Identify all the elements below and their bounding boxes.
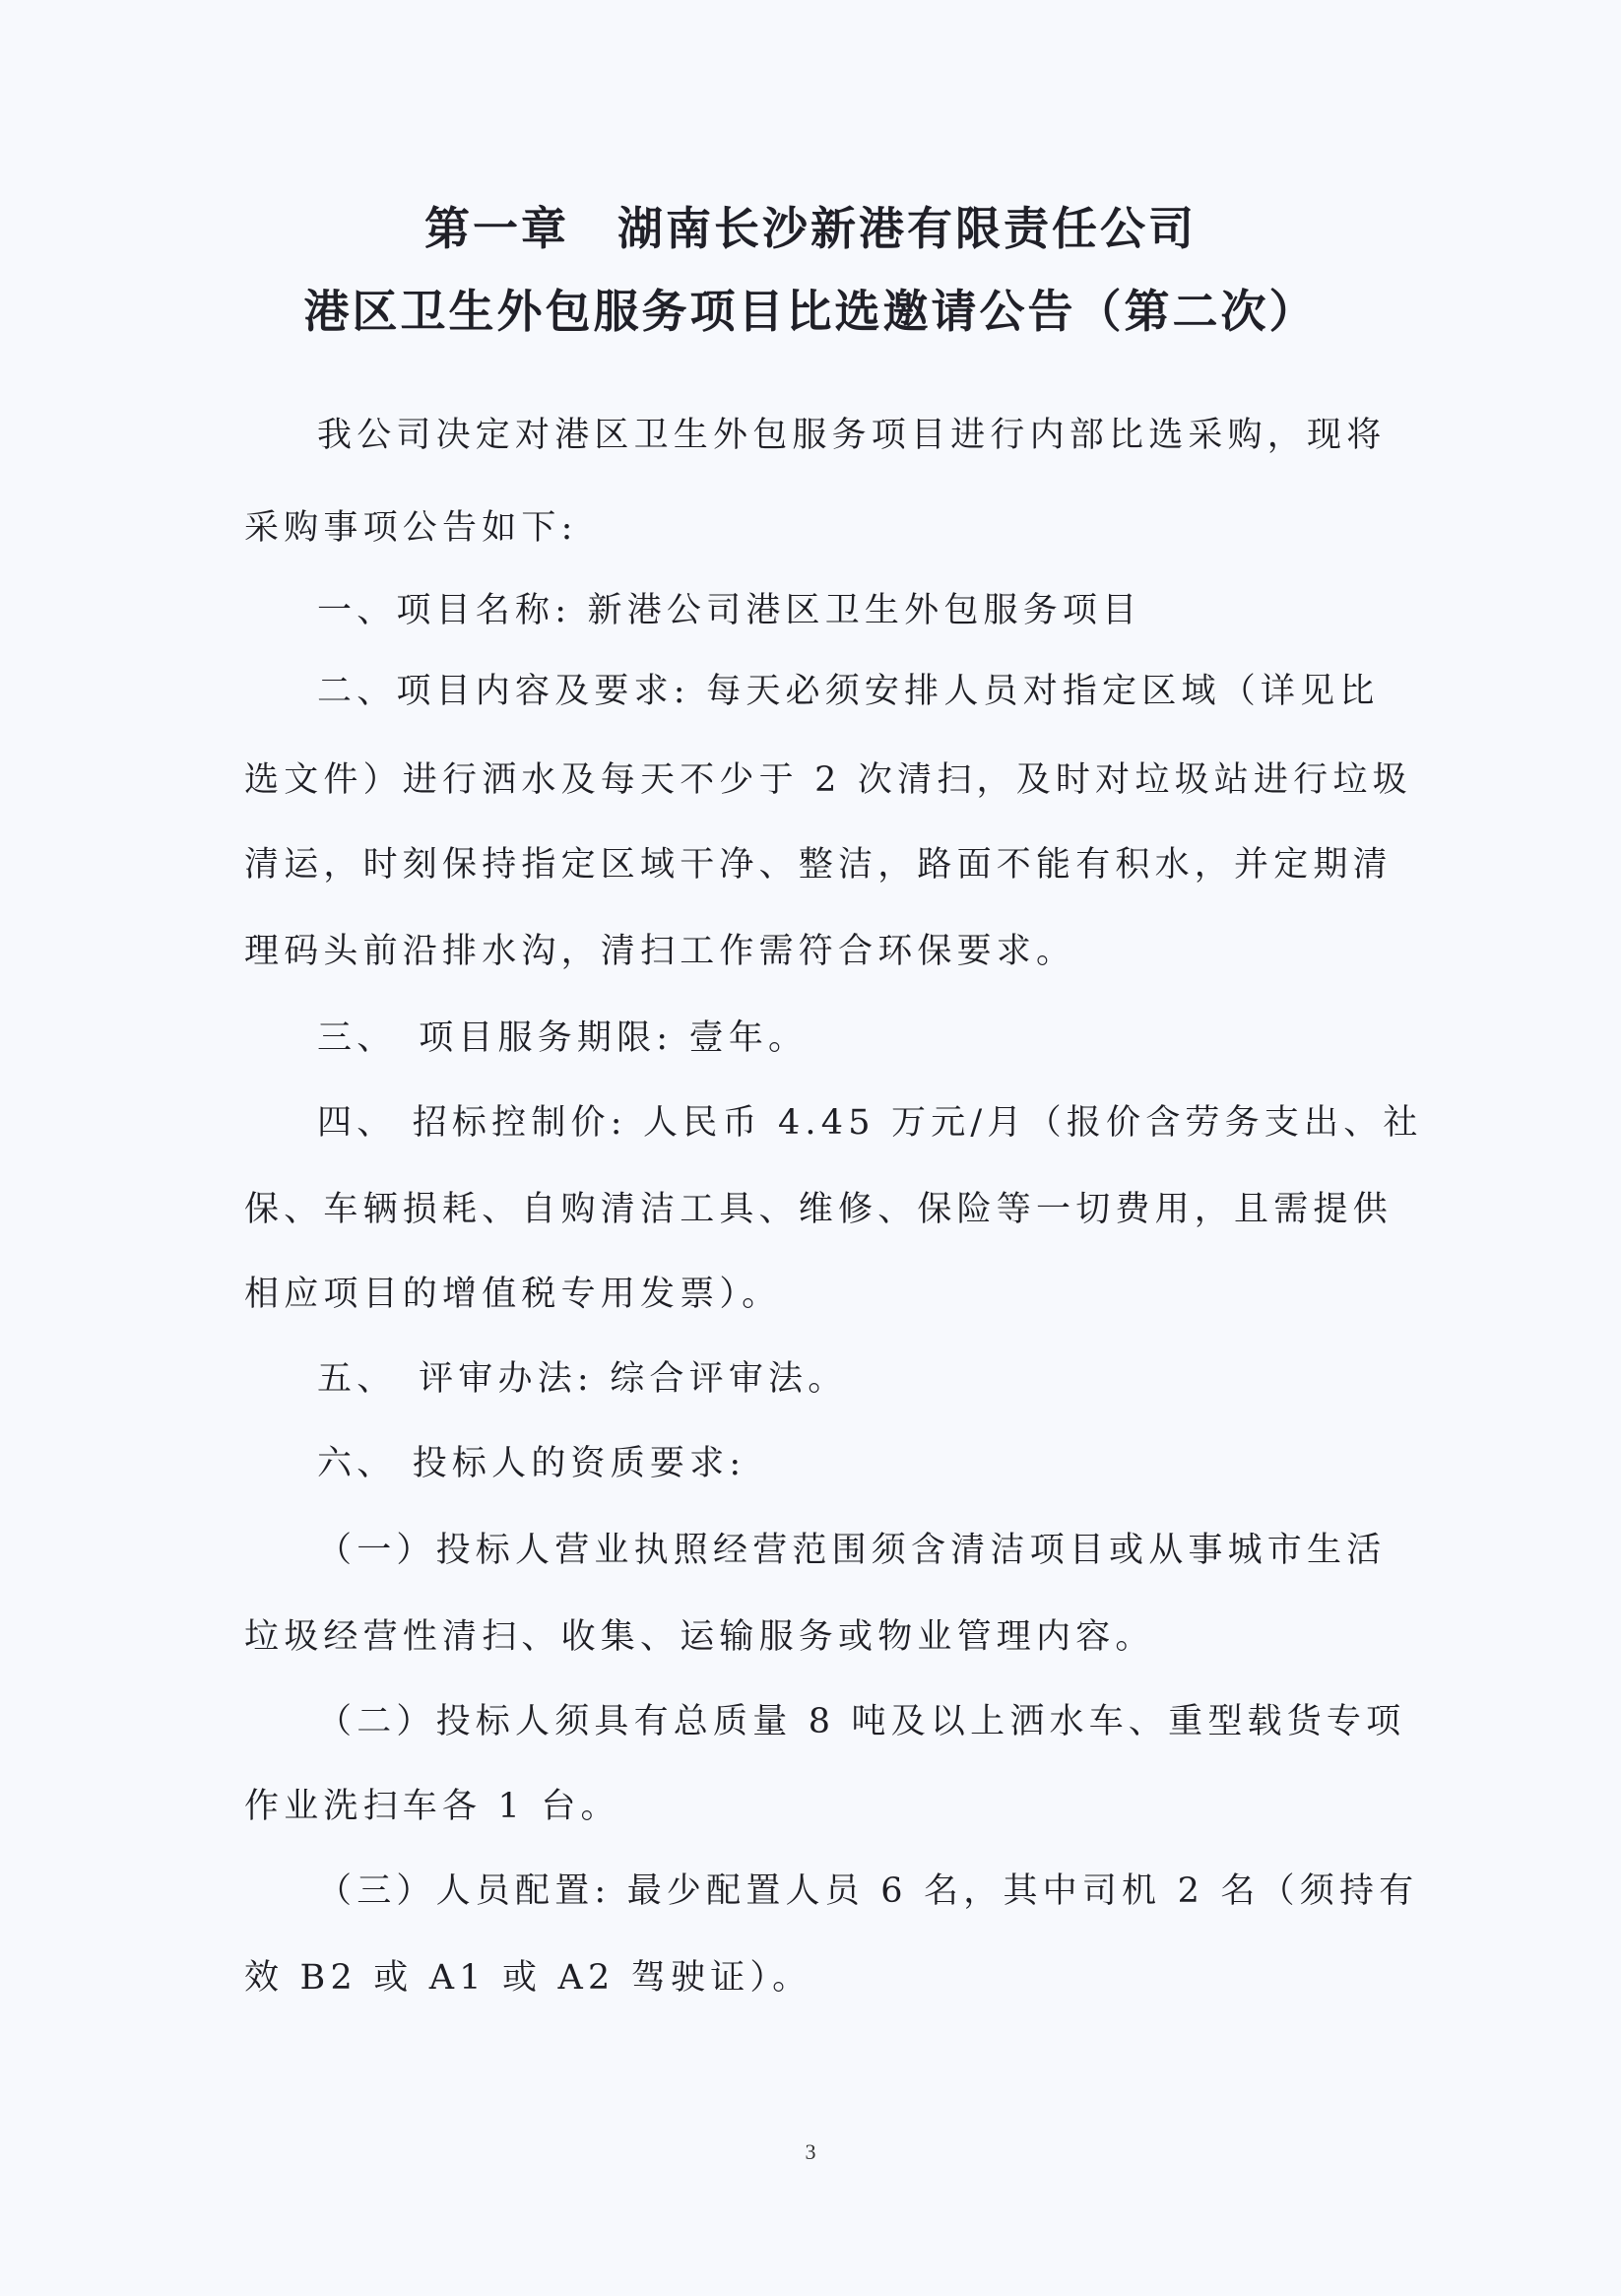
intro-paragraph-line-1: 我公司决定对港区卫生外包服务项目进行内部比选采购，现将 [317, 414, 1357, 457]
section-2-line-1: 二、项目内容及要求: 每天必须安排人员对指定区域（详见比 [317, 670, 1357, 713]
section-5-evaluation-method: 五、 评审办法: 综合评审法。 [317, 1357, 1357, 1401]
section-2-line-3: 清运，时刻保持指定区域干净、整洁，路面不能有积水，并定期清 [244, 843, 1357, 886]
requirement-2-line-1: （二）投标人须具有总质量 8 吨及以上洒水车、重型载货专项 [317, 1700, 1357, 1743]
section-2-line-2: 选文件）进行洒水及每天不少于 2 次清扫，及时对垃圾站进行垃圾 [244, 758, 1357, 802]
requirement-3-line-2: 效 B2 或 A1 或 A2 驾驶证）。 [244, 1956, 1357, 2000]
section-3-service-period: 三、 项目服务期限: 壹年。 [317, 1017, 1357, 1060]
requirement-2-line-2: 作业洗扫车各 1 台。 [244, 1785, 1357, 1828]
section-4-line-1: 四、 招标控制价: 人民币 4.45 万元/月（报价含劳务支出、社 [317, 1101, 1357, 1145]
section-2-line-4: 理码头前沿排水沟，清扫工作需符合环保要求。 [244, 930, 1357, 973]
page-number: 3 [0, 2139, 1621, 2165]
intro-paragraph-line-2: 采购事项公告如下: [244, 506, 1357, 550]
section-1-project-name: 一、项目名称: 新港公司港区卫生外包服务项目 [317, 589, 1357, 632]
document-page: 第一章 湖南长沙新港有限责任公司 港区卫生外包服务项目比选邀请公告（第二次） 我… [0, 0, 1621, 2296]
requirement-3-line-1: （三）人员配置: 最少配置人员 6 名，其中司机 2 名（须持有 [317, 1870, 1357, 1913]
section-6-heading: 六、 投标人的资质要求: [317, 1442, 1357, 1485]
document-title-line-2: 港区卫生外包服务项目比选邀请公告（第二次） [0, 276, 1621, 341]
document-title-line-1: 第一章 湖南长沙新港有限责任公司 [0, 193, 1621, 258]
section-4-line-2: 保、车辆损耗、自购清洁工具、维修、保险等一切费用，且需提供 [244, 1188, 1357, 1231]
requirement-1-line-2: 垃圾经营性清扫、收集、运输服务或物业管理内容。 [244, 1615, 1357, 1659]
requirement-1-line-1: （一）投标人营业执照经营范围须含清洁项目或从事城市生活 [317, 1529, 1357, 1572]
section-4-line-3: 相应项目的增值税专用发票）。 [244, 1273, 1357, 1316]
